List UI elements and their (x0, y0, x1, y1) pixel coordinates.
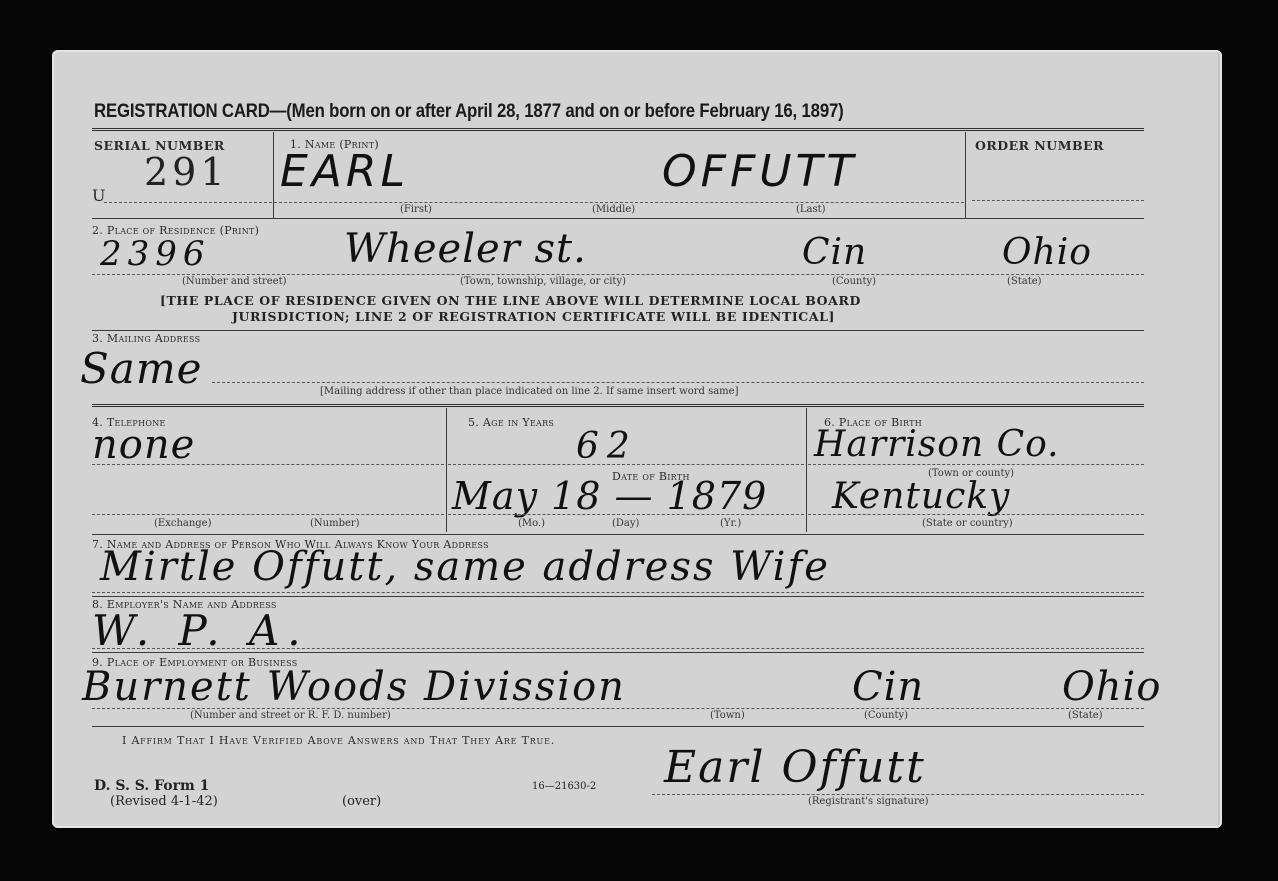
name-line (274, 202, 964, 203)
contact-line (92, 592, 1144, 593)
order-divider (965, 132, 966, 218)
signature-sub-label: (Registrant's signature) (808, 796, 929, 807)
dob-sub-year: (Yr.) (720, 518, 741, 529)
row4-bottom-rule (92, 534, 1144, 535)
mailing-value: Same (80, 344, 203, 393)
residence-state-value: Ohio (1002, 232, 1092, 273)
form-name: D. S. S. Form 1 (94, 778, 209, 794)
employment-street-value: Burnett Woods Divission (82, 664, 626, 710)
print-code: 16—21630-2 (532, 781, 596, 792)
tel-age-divider (446, 408, 447, 532)
name-sub-first: (First) (400, 204, 432, 215)
age-line (448, 464, 804, 465)
residence-notice-line2: JURISDICTION; LINE 2 OF REGISTRATION CER… (232, 309, 835, 324)
employment-line (92, 708, 1144, 709)
employment-county-value: Cin (852, 664, 924, 710)
age-label: 5. Age in Years (468, 416, 554, 429)
registrant-signature: Earl Offutt (664, 742, 926, 793)
telephone-sub-exchange: (Exchange) (154, 518, 212, 529)
contact-value: Mirtle Offutt, same address Wife (100, 544, 830, 590)
first-name-value: EARL (280, 146, 409, 197)
over-note: (over) (342, 794, 381, 809)
row7-bottom-rule (92, 596, 1144, 597)
row3-bottom-rule (92, 404, 1144, 407)
employment-state-value: Ohio (1062, 664, 1161, 710)
order-number-label: ORDER NUMBER (975, 138, 1104, 153)
residence-sub-town: (Town, township, village, or city) (460, 276, 626, 287)
card-title: REGISTRATION CARD—(Men born on or after … (94, 100, 844, 123)
serial-divider (273, 132, 274, 218)
residence-town-value: Wheeler st. (344, 226, 587, 272)
birthplace-sub-state: (State or country) (922, 518, 1013, 529)
birthplace-line1 (808, 464, 1144, 465)
dob-sub-month: (Mo.) (518, 518, 545, 529)
birthplace-town-value: Harrison Co. (814, 424, 1060, 465)
employment-sub-street: (Number and street or R. F. D. number) (190, 710, 391, 721)
mailing-note: [Mailing address if other than place ind… (320, 386, 738, 397)
mailing-line (212, 382, 1144, 383)
telephone-value: none (92, 422, 195, 468)
order-number-line (972, 200, 1144, 201)
last-name-value: OFFUTT (662, 146, 857, 197)
employment-sub-state: (State) (1068, 710, 1103, 721)
dob-sub-day: (Day) (612, 518, 639, 529)
employer-line (92, 648, 1144, 649)
registration-card: REGISTRATION CARD—(Men born on or after … (52, 50, 1222, 828)
row9-bottom-rule (92, 726, 1144, 727)
residence-notice-line1: [THE PLACE OF RESIDENCE GIVEN ON THE LIN… (160, 293, 861, 308)
telephone-line1 (92, 464, 444, 465)
age-birth-divider (806, 408, 807, 532)
affirmation-text: I Affirm That I Have Verified Above Answ… (122, 734, 555, 747)
name-sub-middle: (Middle) (592, 204, 635, 215)
age-value: 62 (576, 426, 638, 467)
name-sub-last: (Last) (796, 204, 826, 215)
residence-number-value: 2396 (100, 234, 211, 274)
residence-sub-county: (County) (832, 276, 876, 287)
telephone-sub-number: (Number) (310, 518, 360, 529)
dob-value: May 18 — 1879 (452, 474, 767, 518)
employment-sub-town: (Town) (710, 710, 745, 721)
row8-bottom-rule (92, 652, 1144, 653)
residence-county-value: Cin (802, 232, 867, 273)
serial-number-value: 291 (144, 150, 229, 194)
serial-line (104, 202, 272, 203)
residence-line (92, 274, 1144, 275)
form-revised: (Revised 4-1-42) (110, 794, 218, 809)
row1-bottom-rule (92, 218, 1144, 219)
telephone-line2 (92, 514, 444, 515)
birthplace-state-value: Kentucky (832, 476, 1010, 517)
signature-line (652, 794, 1144, 795)
birthplace-line2 (808, 514, 1144, 515)
dob-line (448, 514, 804, 515)
title-rule (92, 128, 1144, 131)
employment-sub-county: (County) (864, 710, 908, 721)
residence-sub-state: (State) (1007, 276, 1042, 287)
residence-sub-number: (Number and street) (182, 276, 287, 287)
row2-bottom-rule (92, 330, 1144, 331)
